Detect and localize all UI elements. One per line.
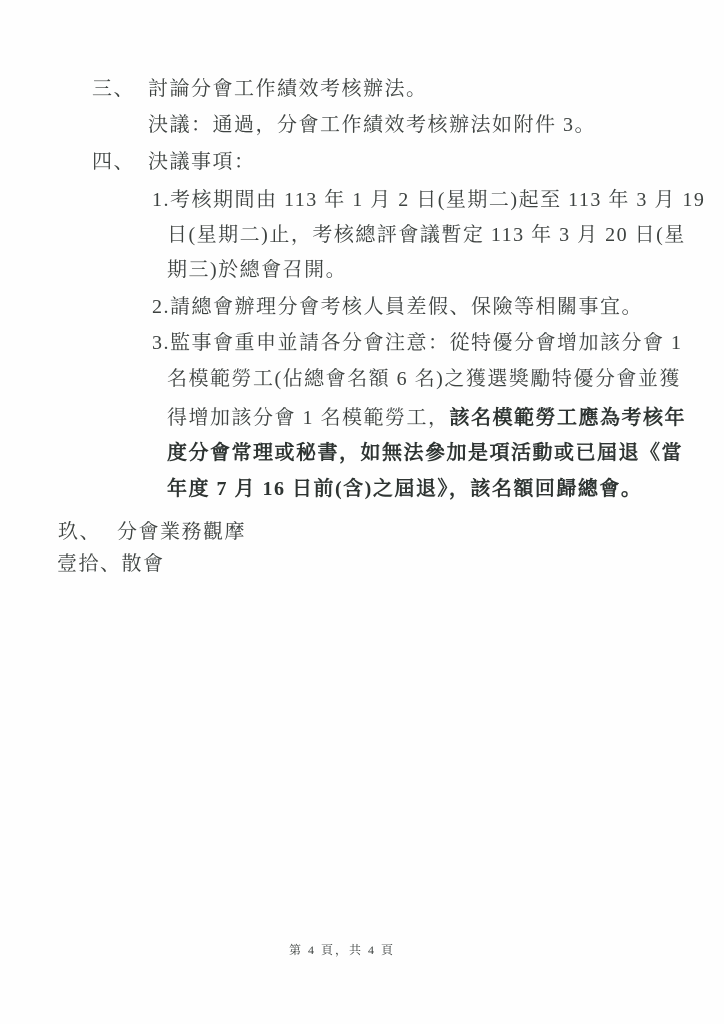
sub-item-1-line-2: 日(星期二)止，考核總評會議暫定 113 年 3 月 20 日(星 [167,223,686,247]
agenda-item-9-number: 玖、 [58,520,117,544]
sub-item-3-line-3-bold: 該名模範勞工應為考核年 [450,407,687,429]
agenda-item-10-title: 散會 [122,553,165,575]
agenda-item-4: 四、決議事項： [92,150,256,174]
sub-item-2-number: 2. [152,295,170,319]
sub-item-3-line-3-normal: 得增加該分會 1 名模範勞工， [167,407,450,429]
sub-item-3-line-3: 得增加該分會 1 名模範勞工，該名模範勞工應為考核年 [167,406,686,430]
sub-item-2-line-1: 2.請總會辦理分會考核人員差假、保險等相關事宜。 [152,295,643,319]
agenda-item-10: 壹拾、散會 [57,552,165,576]
sub-item-3-line-4: 度分會常理或秘書，如無法參加是項活動或已屆退《當 [167,441,683,465]
sub-item-1-line-3: 期三)於總會召開。 [167,258,347,282]
sub-item-1-number: 1. [152,188,170,212]
agenda-item-3: 三、討論分會工作績效考核辦法。 [92,77,428,101]
sub-item-1-text: 考核期間由 113 年 1 月 2 日(星期二)起至 113 年 3 月 19 [170,189,705,211]
page-number-footer: 第 4 頁，共 4 頁 [0,941,684,958]
sub-item-3-line-5: 年度 7 月 16 日前(含)之屆退》，該名額回歸總會。 [167,477,642,501]
scanned-document-page: 三、討論分會工作績效考核辦法。 決議：通過，分會工作績效考核辦法如附件 3。 四… [0,0,724,1024]
agenda-item-9: 玖、分會業務觀摩 [58,520,246,544]
agenda-item-9-title: 分會業務觀摩 [117,521,246,543]
sub-item-3-line-1: 3.監事會重申並請各分會注意：從特優分會增加該分會 1 [152,331,683,355]
sub-item-3-number: 3. [152,331,170,355]
agenda-item-3-resolution: 決議：通過，分會工作績效考核辦法如附件 3。 [148,113,596,137]
sub-item-1-line-1: 1.考核期間由 113 年 1 月 2 日(星期二)起至 113 年 3 月 1… [152,188,705,212]
agenda-item-4-title: 決議事項： [148,151,256,173]
sub-item-3-text: 監事會重申並請各分會注意：從特優分會增加該分會 1 [170,332,683,354]
sub-item-2-text: 請總會辦理分會考核人員差假、保險等相關事宜。 [170,296,643,318]
agenda-item-3-number: 三、 [92,77,148,101]
agenda-item-10-number: 壹拾、 [57,552,122,576]
sub-item-3-line-2: 名模範勞工(佔總會名額 6 名)之獲選獎勵特優分會並獲 [167,367,681,391]
agenda-item-4-number: 四、 [92,150,148,174]
agenda-item-3-title: 討論分會工作績效考核辦法。 [148,78,428,100]
